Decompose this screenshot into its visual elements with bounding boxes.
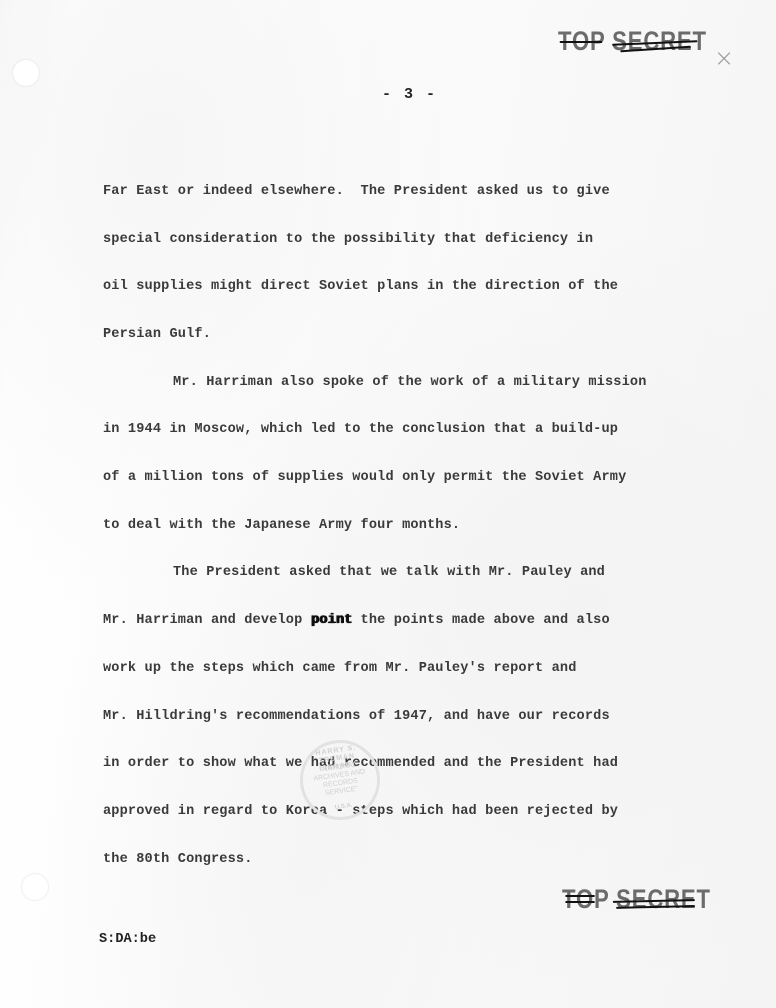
body-line: special consideration to the possibility… [103,232,723,248]
body-line-segment: the points made above and also [352,613,610,628]
strikethrough-line [560,41,603,43]
body-line: Far East or indeed elsewhere. The Presid… [103,184,723,200]
footer-classification-stamp: TOP SECRET [562,884,711,915]
body-line: oil supplies might direct Soviet plans i… [103,279,723,295]
body-line-segment: Mr. Harriman and develop [103,613,311,628]
strikethrough-line [565,895,595,897]
x-mark-icon: × [714,44,734,72]
punch-hole-bottom [22,874,48,900]
strikethrough-line [565,901,595,903]
body-line: approved in regard to Korea - steps whic… [103,804,723,820]
overtyped-word: point [311,613,353,628]
reference-initials: S:DA:be [99,932,156,947]
body-line: of a million tons of supplies would only… [103,470,723,486]
document-page: TOP SECRET × - 3 - Far East or indeed el… [0,0,776,1008]
body-line: Mr. Hilldring's recommendations of 1947,… [103,709,723,725]
body-line-paragraph-start: The President asked that we talk with Mr… [103,565,723,581]
punch-hole-top [13,60,39,86]
body-line: in order to show what we had recommended… [103,756,723,772]
body-line: the 80th Congress. [103,852,723,868]
body-line-paragraph-start: Mr. Harriman also spoke of the work of a… [103,375,723,391]
body-line-with-overtype: Mr. Harriman and develop point the point… [103,613,723,629]
body-line: in 1944 in Moscow, which led to the conc… [103,422,723,438]
body-line: work up the steps which came from Mr. Pa… [103,661,723,677]
page-number: - 3 - [382,86,437,103]
body-line: Persian Gulf. [103,327,723,343]
letter-body: Far East or indeed elsewhere. The Presid… [103,152,723,899]
header-classification-stamp: TOP SECRET [558,26,707,57]
body-line: to deal with the Japanese Army four mont… [103,518,723,534]
